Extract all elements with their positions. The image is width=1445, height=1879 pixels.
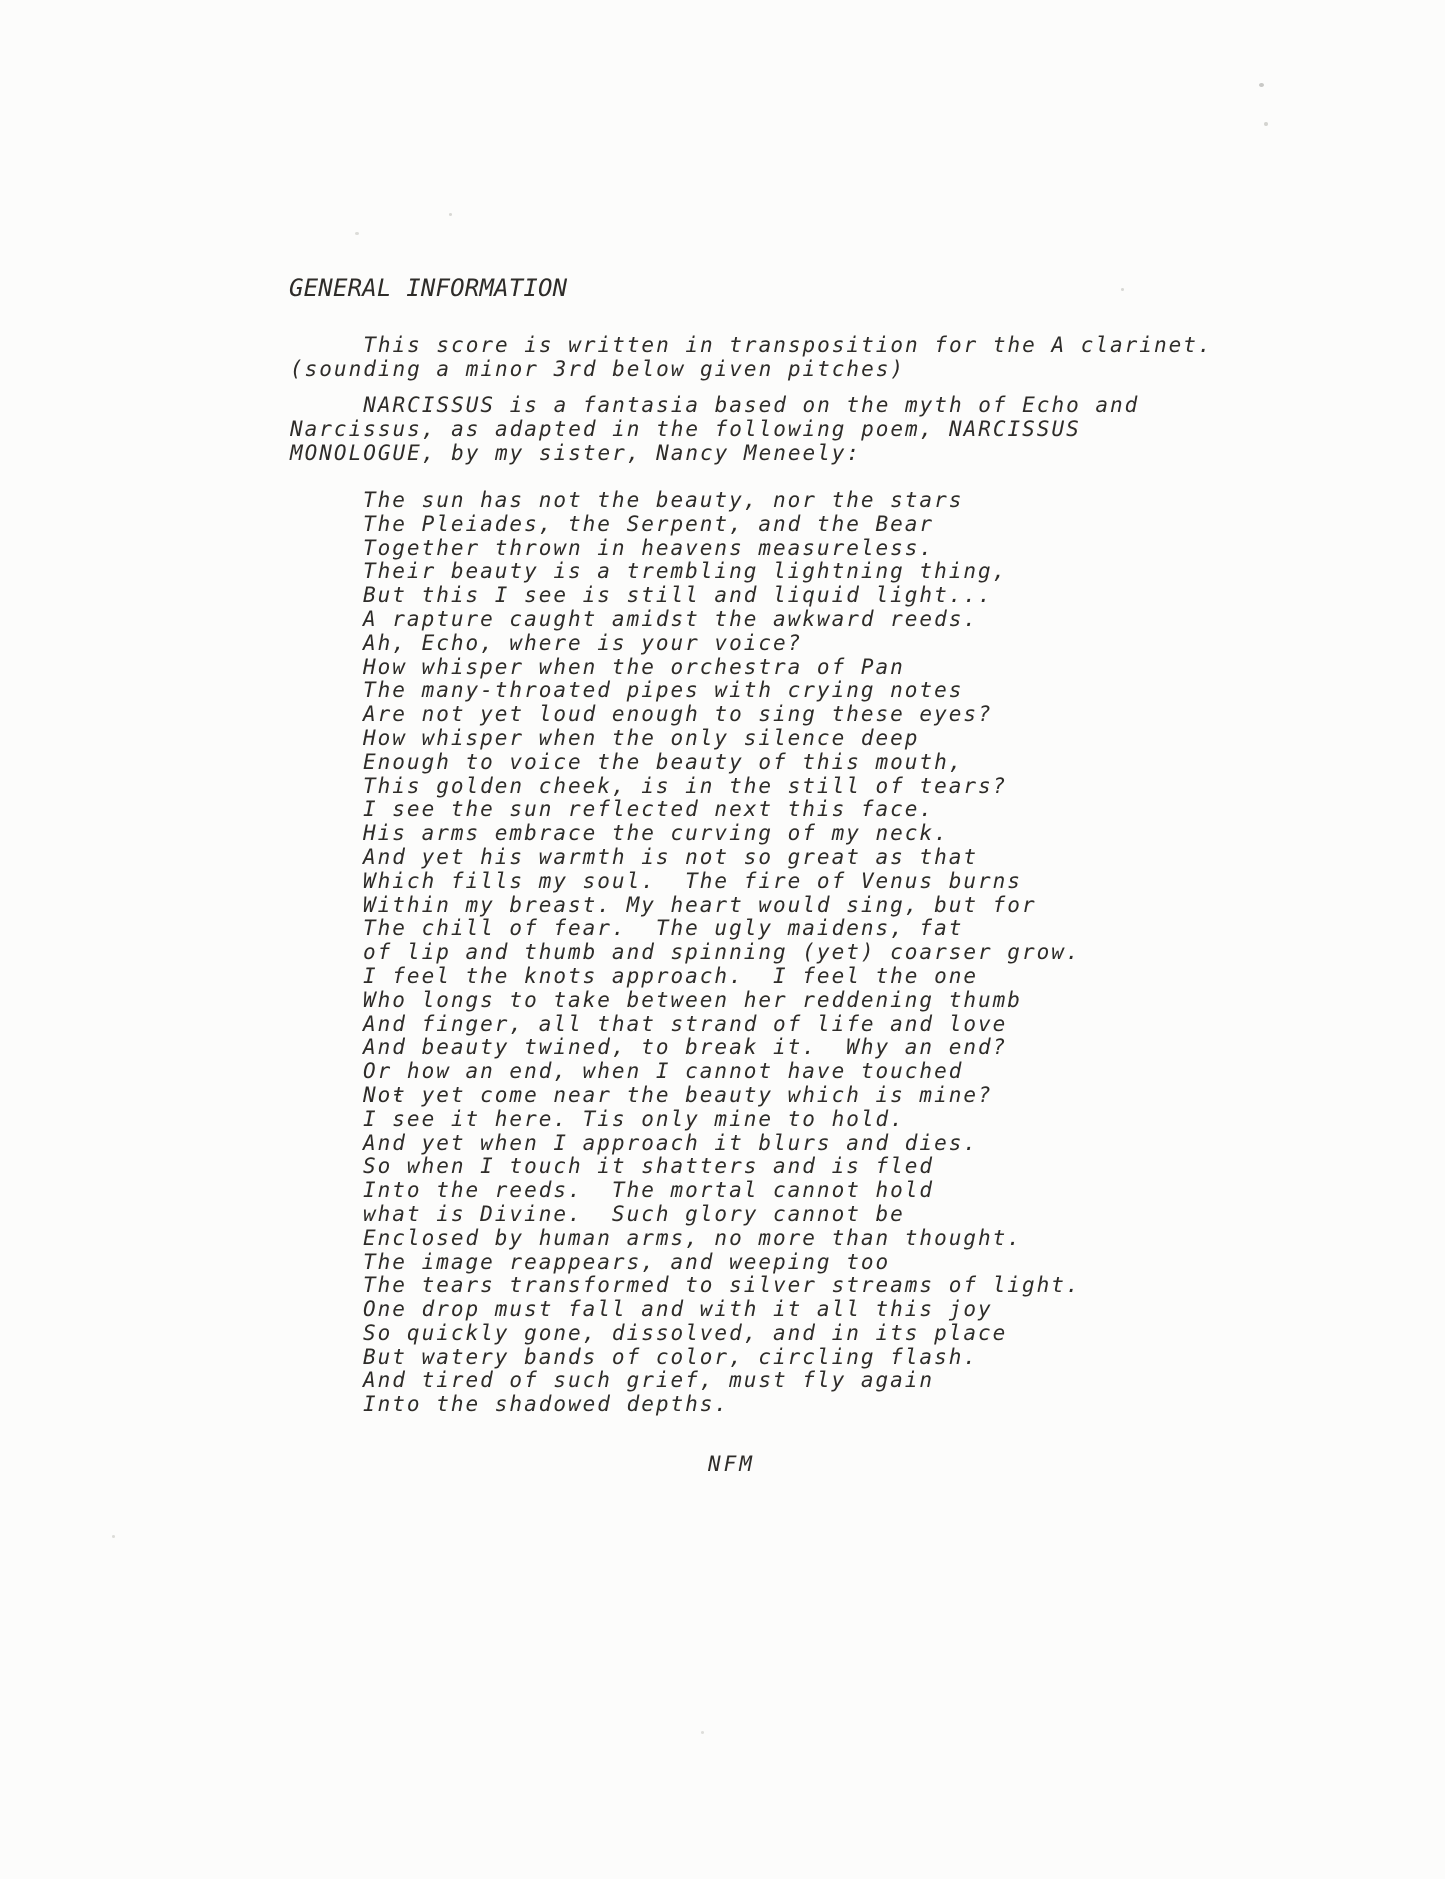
text-line: Within my breast. My heart would sing, b… [363, 894, 1081, 918]
text-line: I see it here. Tis only mine to hold. [363, 1108, 1081, 1132]
text-line: Are not yet loud enough to sing these ey… [363, 703, 1081, 727]
text-line: what is Divine. Such glory cannot be [363, 1203, 1081, 1227]
text-line: The image reappears, and weeping too [363, 1251, 1081, 1275]
scan-speck [1259, 83, 1264, 87]
text-line: This golden cheek, is in the still of te… [363, 775, 1081, 799]
scan-speck [112, 1535, 115, 1538]
text-line: So when I touch it shatters and is fled [363, 1155, 1081, 1179]
text-line: His arms embrace the curving of my neck. [363, 822, 1081, 846]
text-line: A rapture caught amidst the awkward reed… [363, 608, 1081, 632]
text-line: I see the sun reflected next this face. [363, 798, 1081, 822]
text-line: The Pleiades, the Serpent, and the Bear [363, 513, 1081, 537]
text-line: How whisper when the orchestra of Pan [363, 656, 1081, 680]
author-initials: NFM [708, 1452, 755, 1476]
text-line: I feel the knots approach. I feel the on… [363, 965, 1081, 989]
scan-speck [1121, 288, 1124, 291]
text-line: And beauty twined, to break it. Why an e… [363, 1036, 1081, 1060]
text-line: Enclosed by human arms, no more than tho… [363, 1227, 1081, 1251]
scanned-document-page: GENERAL INFORMATION This score is writte… [0, 0, 1445, 1879]
text-line: of lip and thumb and spinning (yet) coar… [363, 941, 1081, 965]
paragraph-narcissus-description: NARCISSUS is a fantasia based on the myt… [290, 394, 1139, 465]
text-line: Narcissus, as adapted in the following p… [290, 418, 1139, 442]
text-line: And yet when I approach it blurs and die… [363, 1132, 1081, 1156]
scan-speck [1264, 122, 1268, 126]
text-line: Into the reeds. The mortal cannot hold [363, 1179, 1081, 1203]
text-line: The chill of fear. The ugly maidens, fat [363, 917, 1081, 941]
text-line: Which fills my soul. The fire of Venus b… [363, 870, 1081, 894]
text-line: Their beauty is a trembling lightning th… [363, 560, 1081, 584]
text-line: The sun has not the beauty, nor the star… [363, 489, 1081, 513]
scan-speck [701, 1731, 704, 1734]
scan-speck [449, 213, 452, 216]
text-line: Together thrown in heavens measureless. [363, 537, 1081, 561]
text-line: And tired of such grief, must fly again [363, 1369, 1081, 1393]
page-title: GENERAL INFORMATION [289, 274, 567, 302]
text-line: Into the shadowed depths. [363, 1393, 1081, 1417]
text-line: The many-throated pipes with crying note… [363, 679, 1081, 703]
text-line: But watery bands of color, circling flas… [363, 1346, 1081, 1370]
text-line: So quickly gone, dissolved, and in its p… [363, 1322, 1081, 1346]
text-line: (sounding a minor 3rd below given pitche… [290, 358, 1213, 382]
text-line: Ah, Echo, where is your voice? [363, 632, 1081, 656]
text-line: MONOLOGUE, by my sister, Nancy Meneely: [290, 442, 1139, 466]
text-line: How whisper when the only silence deep [363, 727, 1081, 751]
poem-narcissus-monologue: The sun has not the beauty, nor the star… [363, 489, 1081, 1417]
text-line: Or how an end, when I cannot have touche… [363, 1060, 1081, 1084]
text-line: And finger, all that strand of life and … [363, 1013, 1081, 1037]
text-line: Noŧ yet come near the beauty which is mi… [363, 1084, 1081, 1108]
scan-speck [355, 232, 359, 235]
text-line: One drop must fall and with it all this … [363, 1298, 1081, 1322]
text-line: But this I see is still and liquid light… [363, 584, 1081, 608]
text-line: And yet his warmth is not so great as th… [363, 846, 1081, 870]
text-line: The tears transformed to silver streams … [363, 1274, 1081, 1298]
paragraph-transposition-note: This score is written in transposition f… [290, 334, 1213, 382]
text-line: Who longs to take between her reddening … [363, 989, 1081, 1013]
text-line: Enough to voice the beauty of this mouth… [363, 751, 1081, 775]
text-line: NARCISSUS is a fantasia based on the myt… [290, 394, 1139, 418]
text-line: This score is written in transposition f… [290, 334, 1213, 358]
